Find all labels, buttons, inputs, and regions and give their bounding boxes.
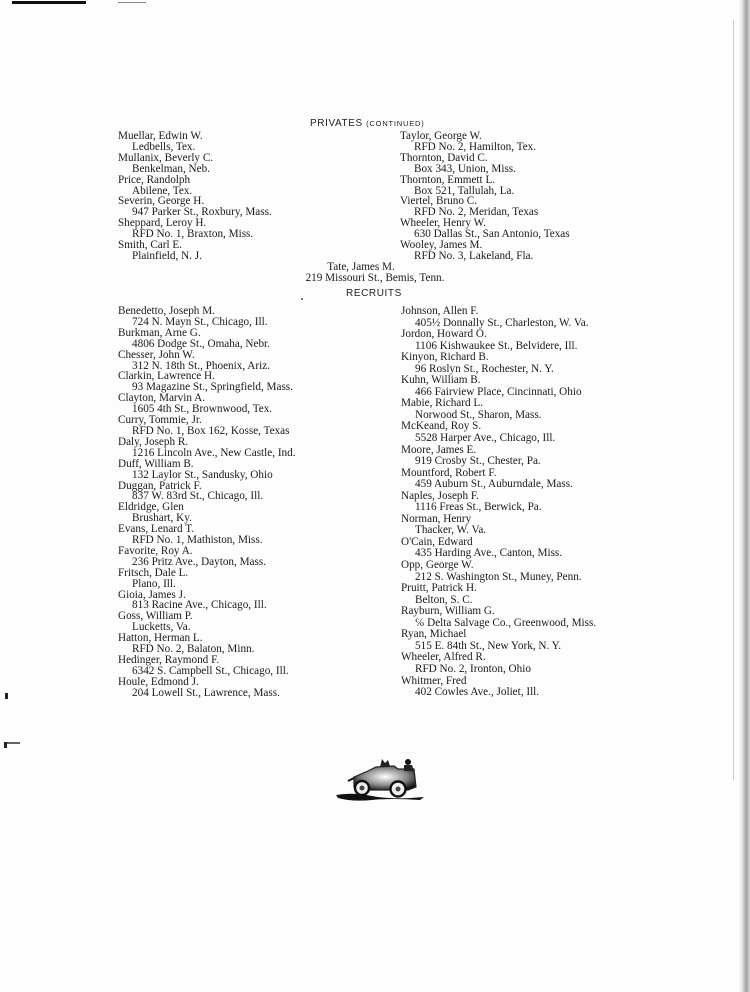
list-item: Favorite, Roy A.236 Pritz Ave., Dayton, … [118, 546, 296, 568]
list-item: Houle, Edmond J.204 Lowell St., Lawrence… [118, 677, 296, 699]
list-item: Duff, William B.132 Laylor St., Sandusky… [118, 459, 296, 481]
list-item: Opp, George W.212 S. Washington St., Mun… [401, 560, 596, 583]
top-rule-mark [118, 2, 146, 3]
entry-address: 219 Missouri St., Bemis, Tenn. [306, 272, 445, 284]
list-item: Evans, Lenard T.RFD No. 1, Mathiston, Mi… [118, 524, 296, 546]
entry-name: Price, Randolph [118, 175, 272, 186]
document-page: PRIVATES (CONTINUED) Muellar, Edwin W.Le… [0, 0, 750, 992]
entry-address: 402 Cowles Ave., Joliet, Ill. [401, 687, 596, 699]
list-item: Thornton, David C.Box 343, Union, Miss. [400, 153, 570, 175]
privates-centered-entry: Tate, James M. 219 Missouri St., Bemis, … [0, 262, 750, 284]
entry-name: Pruitt, Patrick H. [401, 583, 596, 595]
entry-name: Johnson, Allen F. [401, 306, 596, 318]
list-item: Wheeler, Henry W.630 Dallas St., San Ant… [400, 218, 570, 240]
list-item: Hatton, Herman L.RFD No. 2, Balaton, Min… [118, 633, 296, 655]
recruits-right-column: Johnson, Allen F.405½ Donnally St., Char… [401, 306, 596, 699]
binding-edge [738, 0, 750, 992]
list-item: Duggan, Patrick F.837 W. 83rd St., Chica… [118, 481, 296, 503]
list-item: Benedetto, Joseph M.724 N. Mayn St., Chi… [118, 306, 296, 328]
list-item: Gioia, James J.813 Racine Ave., Chicago,… [118, 590, 296, 612]
privates-title: PRIVATES [310, 118, 363, 129]
list-item: Eldridge, GlenBrushart, Ky. [118, 502, 296, 524]
list-item: O'Cain, Edward435 Harding Ave., Canton, … [401, 537, 596, 560]
list-item: Johnson, Allen F.405½ Donnally St., Char… [401, 306, 596, 329]
privates-title-suffix: (CONTINUED) [366, 119, 424, 128]
list-item: Curry, Tommie, Jr.RFD No. 1, Box 162, Ko… [118, 415, 296, 437]
jeep-illustration-icon [332, 757, 428, 807]
entry-address: RFD No. 3, Lakeland, Fla. [400, 251, 570, 262]
entry-name: Kinyon, Richard B. [401, 352, 596, 364]
entry-address: 132 Laylor St., Sandusky, Ohio [118, 470, 296, 481]
list-item: Kuhn, William B.466 Fairview Place, Cinc… [401, 375, 596, 398]
list-item: McKeand, Roy S.5528 Harper Ave., Chicago… [401, 421, 596, 444]
entry-address: 919 Crosby St., Chester, Pa. [401, 456, 596, 468]
margin-mark [5, 693, 8, 699]
entry-name: Opp, George W. [401, 560, 596, 572]
binding-shadow [733, 20, 734, 780]
privates-right-column: Taylor, George W.RFD No. 2, Hamilton, Te… [400, 131, 570, 262]
entry-address: Plano, Ill. [118, 579, 296, 590]
entry-address: 4806 Dodge St., Omaha, Nebr. [118, 339, 296, 350]
list-item: Goss, William P.Lucketts, Va. [118, 611, 296, 633]
entry-name: Jordon, Howard O. [401, 329, 596, 341]
margin-mark [4, 742, 7, 748]
list-item: Viertel, Bruno C.RFD No. 2, Meridan, Tex… [400, 196, 570, 218]
speck [301, 298, 303, 300]
privates-heading: PRIVATES (CONTINUED) [310, 118, 425, 129]
recruits-left-column: Benedetto, Joseph M.724 N. Mayn St., Chi… [118, 306, 296, 699]
list-item: Norman, HenryThacker, W. Va. [401, 514, 596, 537]
list-item: Sheppard, Leroy H.RFD No. 1, Braxton, Mi… [118, 218, 272, 240]
list-item: Fritsch, Dale L.Plano, Ill. [118, 568, 296, 590]
list-item: Wheeler, Alfred R.RFD No. 2, Ironton, Oh… [401, 652, 596, 675]
list-item: Mullanix, Beverly C.Benkelman, Neb. [118, 153, 272, 175]
list-item: Price, RandolphAbilene, Tex. [118, 175, 272, 197]
recruits-heading: RECRUITS [346, 288, 402, 299]
list-item: Clayton, Marvin A.1605 4th St., Brownwoo… [118, 393, 296, 415]
entry-name: Thornton, Emmett L. [400, 175, 570, 186]
list-item: Wooley, James M.RFD No. 3, Lakeland, Fla… [400, 240, 570, 262]
list-item: Taylor, George W.RFD No. 2, Hamilton, Te… [400, 131, 570, 153]
list-item: Whitmer, Fred402 Cowles Ave., Joliet, Il… [401, 676, 596, 699]
list-item: Ryan, Michael515 E. 84th St., New York, … [401, 629, 596, 652]
entry-address: 204 Lowell St., Lawrence, Mass. [118, 688, 296, 699]
top-rule [12, 1, 86, 4]
entry-address: 5528 Harper Ave., Chicago, Ill. [401, 433, 596, 445]
privates-left-column: Muellar, Edwin W.Ledbells, Tex. Mullanix… [118, 131, 272, 262]
list-item: Hedinger, Raymond F.6342 S. Campbell St.… [118, 655, 296, 677]
list-item: Clarkin, Lawrence H.93 Magazine St., Spr… [118, 371, 296, 393]
entry-address: Box 343, Union, Miss. [400, 164, 570, 175]
list-item: Thornton, Emmett L.Box 521, Tallulah, La… [400, 175, 570, 197]
list-item: Kinyon, Richard B.96 Roslyn St., Rochest… [401, 352, 596, 375]
recruits-title: RECRUITS [346, 288, 402, 299]
list-item: Burkman, Arne G.4806 Dodge St., Omaha, N… [118, 328, 296, 350]
list-item: Mabie, Richard L.Norwood St., Sharon, Ma… [401, 398, 596, 421]
list-item: Daly, Joseph R.1216 Lincoln Ave., New Ca… [118, 437, 296, 459]
list-item: Jordon, Howard O.1106 Kishwaukee St., Be… [401, 329, 596, 352]
list-item: Smith, Carl E.Plainfield, N. J. [118, 240, 272, 262]
list-item: Mountford, Robert F.459 Auburn St., Aubu… [401, 468, 596, 491]
entry-address: Plainfield, N. J. [118, 251, 272, 262]
entry-address: RFD No. 2, Ironton, Ohio [401, 664, 596, 676]
entry-address: Benkelman, Neb. [118, 164, 272, 175]
list-item: Naples, Joseph F.1116 Freas St., Berwick… [401, 491, 596, 514]
list-item: Pruitt, Patrick H.Belton, S. C. [401, 583, 596, 606]
list-item: Severin, George H.947 Parker St., Roxbur… [118, 196, 272, 218]
list-item: Chesser, John W.312 N. 18th St., Phoenix… [118, 350, 296, 372]
entry-name: Chesser, John W. [118, 350, 296, 361]
list-item: Muellar, Edwin W.Ledbells, Tex. [118, 131, 272, 153]
list-item: Rayburn, William G.℅ Delta Salvage Co., … [401, 606, 596, 629]
list-item: Moore, James E.919 Crosby St., Chester, … [401, 445, 596, 468]
entry-name: Duff, William B. [118, 459, 296, 470]
